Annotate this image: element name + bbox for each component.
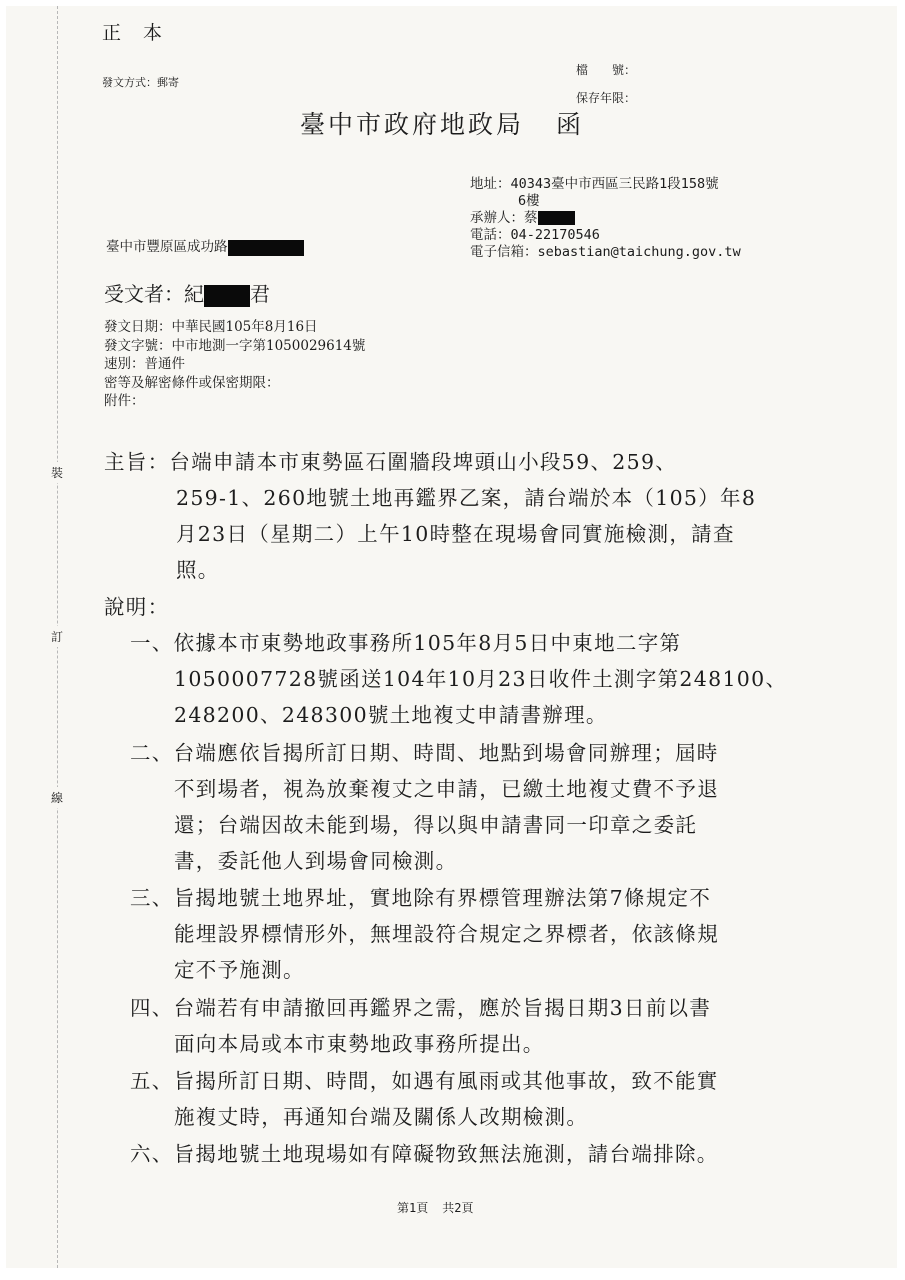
subject-line: 月23日（星期二）上午10時整在現場會同實施檢測，請查	[104, 516, 756, 552]
issue-date: 發文日期：中華民國105年8月16日	[104, 318, 365, 337]
item-line: 三、旨揭地號土地界址，實地除有界標管理辦法第7條規定不	[130, 880, 719, 916]
item-line: 1050007728號函送104年10月23日收件土測字第248100、	[130, 661, 787, 697]
redaction-block	[228, 240, 304, 256]
copy-type-char-1: 正	[102, 22, 121, 44]
speed-class: 速別：普通件	[104, 355, 365, 374]
page-indicator: 第1頁共2頁	[397, 1199, 473, 1216]
explanation-item-4: 四、台端若有申請撤回再鑑界之需，應於旨揭日期3日前以書 面向本局或本市東勢地政事…	[130, 990, 711, 1062]
item-line: 四、台端若有申請撤回再鑑界之需，應於旨揭日期3日前以書	[130, 990, 711, 1026]
document-title: 臺中市政府地政局函	[300, 105, 584, 141]
copy-type-char-2: 本	[143, 22, 162, 44]
handler: 承辦人：蔡	[470, 210, 741, 227]
explanation-label: 說明：	[104, 589, 169, 625]
explanation-item-3: 三、旨揭地號土地界址，實地除有界標管理辦法第7條規定不 能埋設界標情形外，無埋設…	[130, 880, 719, 988]
item-line: 還；台端因故未能到場，得以與申請書同一印章之委託	[130, 807, 719, 843]
item-line: 一、依據本市東勢地政事務所105年8月5日中東地二字第	[130, 625, 787, 661]
page-total: 共2頁	[442, 1201, 473, 1215]
binding-char-zhuang: 裝	[51, 462, 63, 483]
recipient-prefix: 受文者：紀	[104, 282, 204, 306]
recipient-address-text: 臺中市豐原區成功路	[106, 239, 228, 255]
item-line: 能埋設界標情形外，無埋設符合規定之界標者，依該條規	[130, 916, 719, 952]
contact-block: 地址：40343臺中市西區三民路1段158號 6樓 承辦人：蔡 電話：04-22…	[470, 176, 741, 261]
subject-line: 照。	[104, 552, 756, 588]
subject-line: 259-1、260地號土地再鑑界乙案，請台端於本（105）年8	[104, 480, 756, 516]
binding-char-xian: 線	[51, 787, 63, 808]
subject-line: 主旨：台端申請本市東勢區石圍牆段埤頭山小段59、259、	[104, 444, 756, 480]
recipient-address: 臺中市豐原區成功路	[106, 235, 304, 256]
item-line: 248200、248300號土地複丈申請書辦理。	[130, 697, 787, 733]
recipient: 受文者：紀君	[104, 278, 270, 307]
explanation-item-5: 五、旨揭所訂日期、時間，如遇有風雨或其他事故，致不能實 施複丈時，再通知台端及關…	[130, 1063, 719, 1135]
retention-label: 保存年限：	[576, 89, 636, 106]
secrecy-level: 密等及解密條件或保密期限：	[104, 374, 365, 393]
item-line: 六、旨揭地號土地現場如有障礙物致無法施測，請台端排除。	[130, 1136, 719, 1172]
agency-address-cont: 6樓	[470, 193, 741, 210]
item-line: 書，委託他人到場會同檢測。	[130, 843, 719, 879]
attachments: 附件：	[104, 392, 365, 411]
redaction-block	[538, 211, 575, 225]
page-current: 第1頁	[397, 1201, 428, 1215]
item-line: 面向本局或本市東勢地政事務所提出。	[130, 1026, 711, 1062]
copy-type: 正本	[102, 18, 162, 45]
handler-label: 承辦人：蔡	[470, 210, 538, 226]
explanation-item-1: 一、依據本市東勢地政事務所105年8月5日中東地二字第 1050007728號函…	[130, 625, 787, 733]
phone: 電話：04-22170546	[470, 227, 741, 244]
item-line: 不到場者，視為放棄複丈之申請，已繳土地複丈費不予退	[130, 771, 719, 807]
send-method: 發文方式：郵寄	[102, 74, 179, 90]
issuing-agency: 臺中市政府地政局	[300, 110, 524, 139]
file-number-label: 檔 號：	[576, 61, 636, 78]
email: 電子信箱：sebastian@taichung.gov.tw	[470, 244, 741, 261]
document-page: 裝 訂 線 正本 發文方式：郵寄 檔 號： 保存年限： 臺中市政府地政局函 地址…	[6, 6, 897, 1268]
item-line: 二、台端應依旨揭所訂日期、時間、地點到場會同辦理；屆時	[130, 735, 719, 771]
agency-address: 地址：40343臺中市西區三民路1段158號	[470, 176, 741, 193]
explanation-item-6: 六、旨揭地號土地現場如有障礙物致無法施測，請台端排除。	[130, 1136, 719, 1172]
redaction-block	[204, 285, 250, 307]
explanation-item-2: 二、台端應依旨揭所訂日期、時間、地點到場會同辦理；屆時 不到場者，視為放棄複丈之…	[130, 735, 719, 879]
item-line: 定不予施測。	[130, 952, 719, 988]
item-line: 五、旨揭所訂日期、時間，如遇有風雨或其他事故，致不能實	[130, 1063, 719, 1099]
subject-section: 主旨：台端申請本市東勢區石圍牆段埤頭山小段59、259、 259-1、260地號…	[104, 444, 756, 588]
binding-char-ding: 訂	[51, 626, 63, 647]
document-type: 函	[556, 110, 584, 139]
document-number: 發文字號：中市地測一字第1050029614號	[104, 337, 365, 356]
document-meta: 發文日期：中華民國105年8月16日 發文字號：中市地測一字第105002961…	[104, 318, 365, 411]
item-line: 施複丈時，再通知台端及關係人改期檢測。	[130, 1099, 719, 1135]
recipient-suffix: 君	[250, 282, 270, 306]
